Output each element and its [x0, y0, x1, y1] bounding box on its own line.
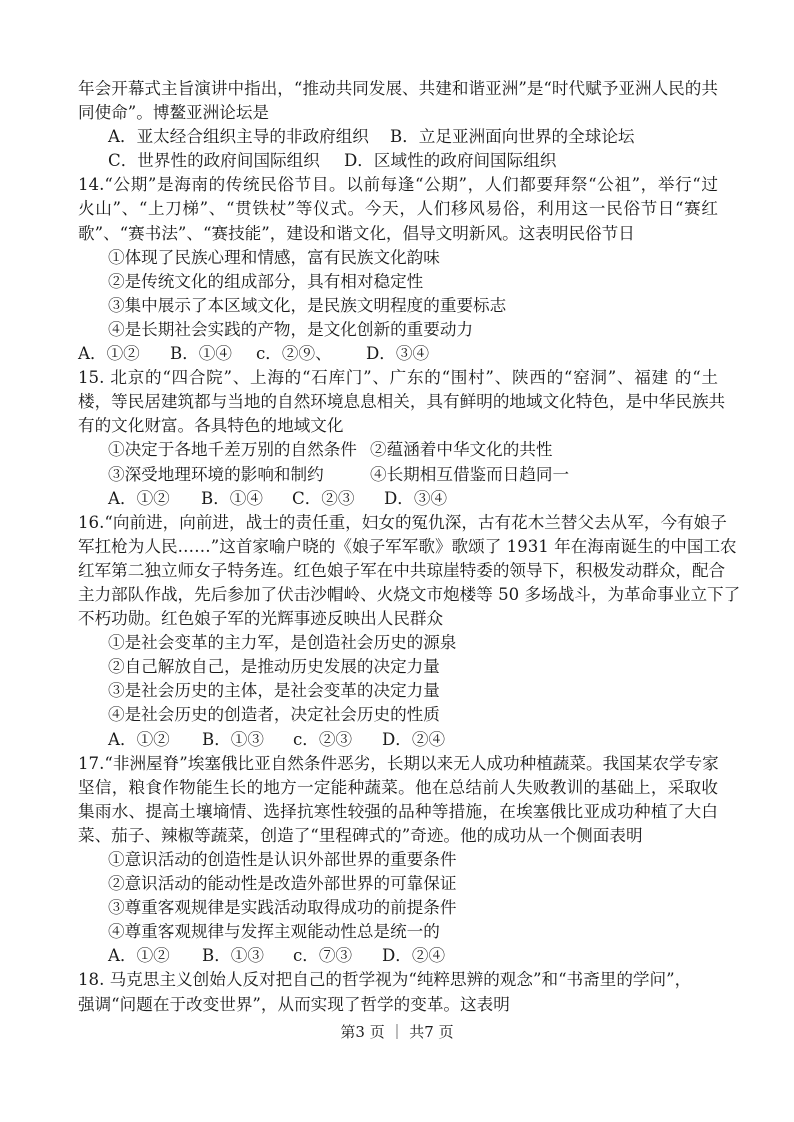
statement-1: ①是社会变革的主力军，是创造社会历史的源泉	[78, 631, 718, 655]
statement-4: ④是长期社会实践的产物，是文化创新的重要动力	[78, 318, 718, 342]
question-15: 15. 北京的“四合院”、上海的“石库门”、广东的“围村”、陕西的“窑洞”、福建…	[78, 366, 718, 511]
question-text-line: 坚信，粮食作物能生长的地方一定能种蔬菜。他在总结前人失败教训的基础上，采取收	[78, 776, 718, 800]
statements-row: ①决定于各地千差万别的自然条件 ②蕴涵着中华文化的共性	[78, 438, 718, 462]
statement-1: ①决定于各地千差万别的自然条件	[108, 438, 370, 462]
options-row: C．世界性的政府间国际组织 D．区域性的政府间国际组织	[78, 149, 718, 173]
answer-c: c．②⑨、	[256, 342, 366, 366]
statement-3: ③尊重客观规律是实践活动取得成功的前提条件	[78, 896, 718, 920]
statement-3: ③深受地理环境的影响和制约	[108, 463, 370, 487]
statement-2: ②蕴涵着中华文化的共性	[370, 438, 553, 462]
statement-1: ①意识活动的创造性是认识外部世界的重要条件	[78, 848, 718, 872]
question-text-line: 14.“公期”是海南的传统民俗节目。以前每逢“公期”，人们都要拜祭“公祖”，举行…	[78, 173, 718, 197]
statement-2: ②是传统文化的组成部分，具有相对稳定性	[78, 270, 718, 294]
option-b: B．立足亚洲面向世界的全球论坛	[390, 125, 635, 149]
statements-row: ③深受地理环境的影响和制约 ④长期相互借鉴而日趋同一	[78, 463, 718, 487]
statement-3: ③是社会历史的主体，是社会变革的决定力量	[78, 679, 718, 703]
question-text-line: 18. 马克思主义创始人反对把自己的哲学视为“纯粹思辨的观念”和“书斋里的学问”…	[78, 968, 718, 992]
answer-choices: A．①②B．①③c．②③D．②④	[78, 728, 718, 752]
answer-c: C．②③	[292, 487, 384, 511]
answer-c: c．⑦③	[293, 944, 382, 968]
question-text-line: 17.“非洲屋脊”埃塞俄比亚自然条件恶劣，长期以来无人成功种植蔬菜。我国某农学专…	[78, 752, 718, 776]
answer-b: B．①④	[170, 342, 256, 366]
question-text-line: 歌”、“赛书法”、“赛技能”，建设和谐文化，倡导文明新风。这表明民俗节日	[78, 222, 718, 246]
answer-d: D．②④	[382, 728, 445, 752]
question-text-line: 有的文化财富。各具特色的地域文化	[78, 414, 718, 438]
question-text-line: 火山”、“上刀梯”、“贯铁杖”等仪式。今天，人们移风易俗，利用这一民俗节日“赛红	[78, 197, 718, 221]
answer-a: A．①②	[108, 944, 202, 968]
statement-4: ④是社会历史的创造者，决定社会历史的性质	[78, 703, 718, 727]
answer-a: A．①②	[108, 728, 202, 752]
question-text-line: 15. 北京的“四合院”、上海的“石库门”、广东的“围村”、陕西的“窑洞”、福建…	[78, 366, 718, 390]
answer-choices: A．①②B．①④c．②⑨、D．③④	[78, 342, 718, 366]
answer-choices: A．①②B．①③c．⑦③D．②④	[78, 944, 718, 968]
question-text-line: 楼，等民居建筑都与当地的自然环境息息相关，具有鲜明的地域文化特色，是中华民族共	[78, 390, 718, 414]
question-text-line: 强调“问题在于改变世界”，从而实现了哲学的变革。这表明	[78, 993, 718, 1017]
question-text-line: 同使命”。博鳌亚洲论坛是	[78, 101, 718, 125]
statement-4: ④长期相互借鉴而日趋同一	[370, 463, 569, 487]
exam-page: 年会开幕式主旨演讲中指出，“推动共同发展、共建和谐亚洲”是“时代赋予亚洲人民的共…	[78, 77, 718, 1017]
option-a: A．亚太经合组织主导的非政府组织	[108, 125, 390, 149]
answer-d: D．③④	[366, 344, 429, 363]
question-text-line: 主力部队作战，先后参加了伏击沙帽岭、火烧文市炮楼等 50 多场战斗，为革命事业立…	[78, 583, 718, 607]
question-text-line: 红军第二独立师女子特务连。红色娘子军在中共琼崖特委的领导下，积极发动群众，配合	[78, 559, 718, 583]
question-18: 18. 马克思主义创始人反对把自己的哲学视为“纯粹思辨的观念”和“书斋里的学问”…	[78, 968, 718, 1016]
question-text-line: 菜、茄子、辣椒等蔬菜，创造了“里程碑式的”奇迹。他的成功从一个侧面表明	[78, 824, 718, 848]
question-16: 16.“向前进，向前进，战士的责任重，妇女的冤仇深，古有花木兰替父去从军，今有娘…	[78, 511, 718, 752]
question-text-line: 军扛枪为人民……”这首家喻户晓的《娘子军军歌》歌颂了 1931 年在海南诞生的中…	[78, 535, 718, 559]
question-text-line: 16.“向前进，向前进，战士的责任重，妇女的冤仇深，古有花木兰替父去从军，今有娘…	[78, 511, 718, 535]
statement-4: ④尊重客观规律与发挥主观能动性总是统一的	[78, 920, 718, 944]
answer-a: A．①②	[78, 342, 170, 366]
page-number-footer: 第3 页 ｜ 共7 页	[0, 1021, 794, 1042]
option-c: C．世界性的政府间国际组织	[108, 149, 344, 173]
answer-b: B．①④	[201, 487, 292, 511]
answer-b: B．①③	[202, 944, 293, 968]
question-text-line: 集雨水、提高土壤墒情、选择抗寒性较强的品种等措施，在埃塞俄比亚成功种植了大白	[78, 800, 718, 824]
answer-d: D．③④	[384, 487, 447, 511]
question-text-line: 年会开幕式主旨演讲中指出，“推动共同发展、共建和谐亚洲”是“时代赋予亚洲人民的共	[78, 77, 718, 101]
answer-a: A．①②	[108, 487, 201, 511]
question-13-tail: 年会开幕式主旨演讲中指出，“推动共同发展、共建和谐亚洲”是“时代赋予亚洲人民的共…	[78, 77, 718, 173]
option-d: D．区域性的政府间国际组织	[344, 149, 556, 173]
answer-b: B．①③	[202, 728, 293, 752]
question-text-line: 不朽功勋。红色娘子军的光辉事迹反映出人民群众	[78, 607, 718, 631]
options-row: A．亚太经合组织主导的非政府组织 B．立足亚洲面向世界的全球论坛	[78, 125, 718, 149]
statement-2: ②意识活动的能动性是改造外部世界的可靠保证	[78, 872, 718, 896]
statement-1: ①体现了民族心理和情感，富有民族文化韵味	[78, 246, 718, 270]
question-14: 14.“公期”是海南的传统民俗节目。以前每逢“公期”，人们都要拜祭“公祖”，举行…	[78, 173, 718, 366]
answer-choices: A．①②B．①④C．②③D．③④	[78, 487, 718, 511]
answer-d: D．②④	[382, 944, 445, 968]
answer-c: c．②③	[293, 728, 382, 752]
statement-2: ②自己解放自己，是推动历史发展的决定力量	[78, 655, 718, 679]
statement-3: ③集中展示了本区域文化，是民族文明程度的重要标志	[78, 294, 718, 318]
question-17: 17.“非洲屋脊”埃塞俄比亚自然条件恶劣，长期以来无人成功种植蔬菜。我国某农学专…	[78, 752, 718, 969]
